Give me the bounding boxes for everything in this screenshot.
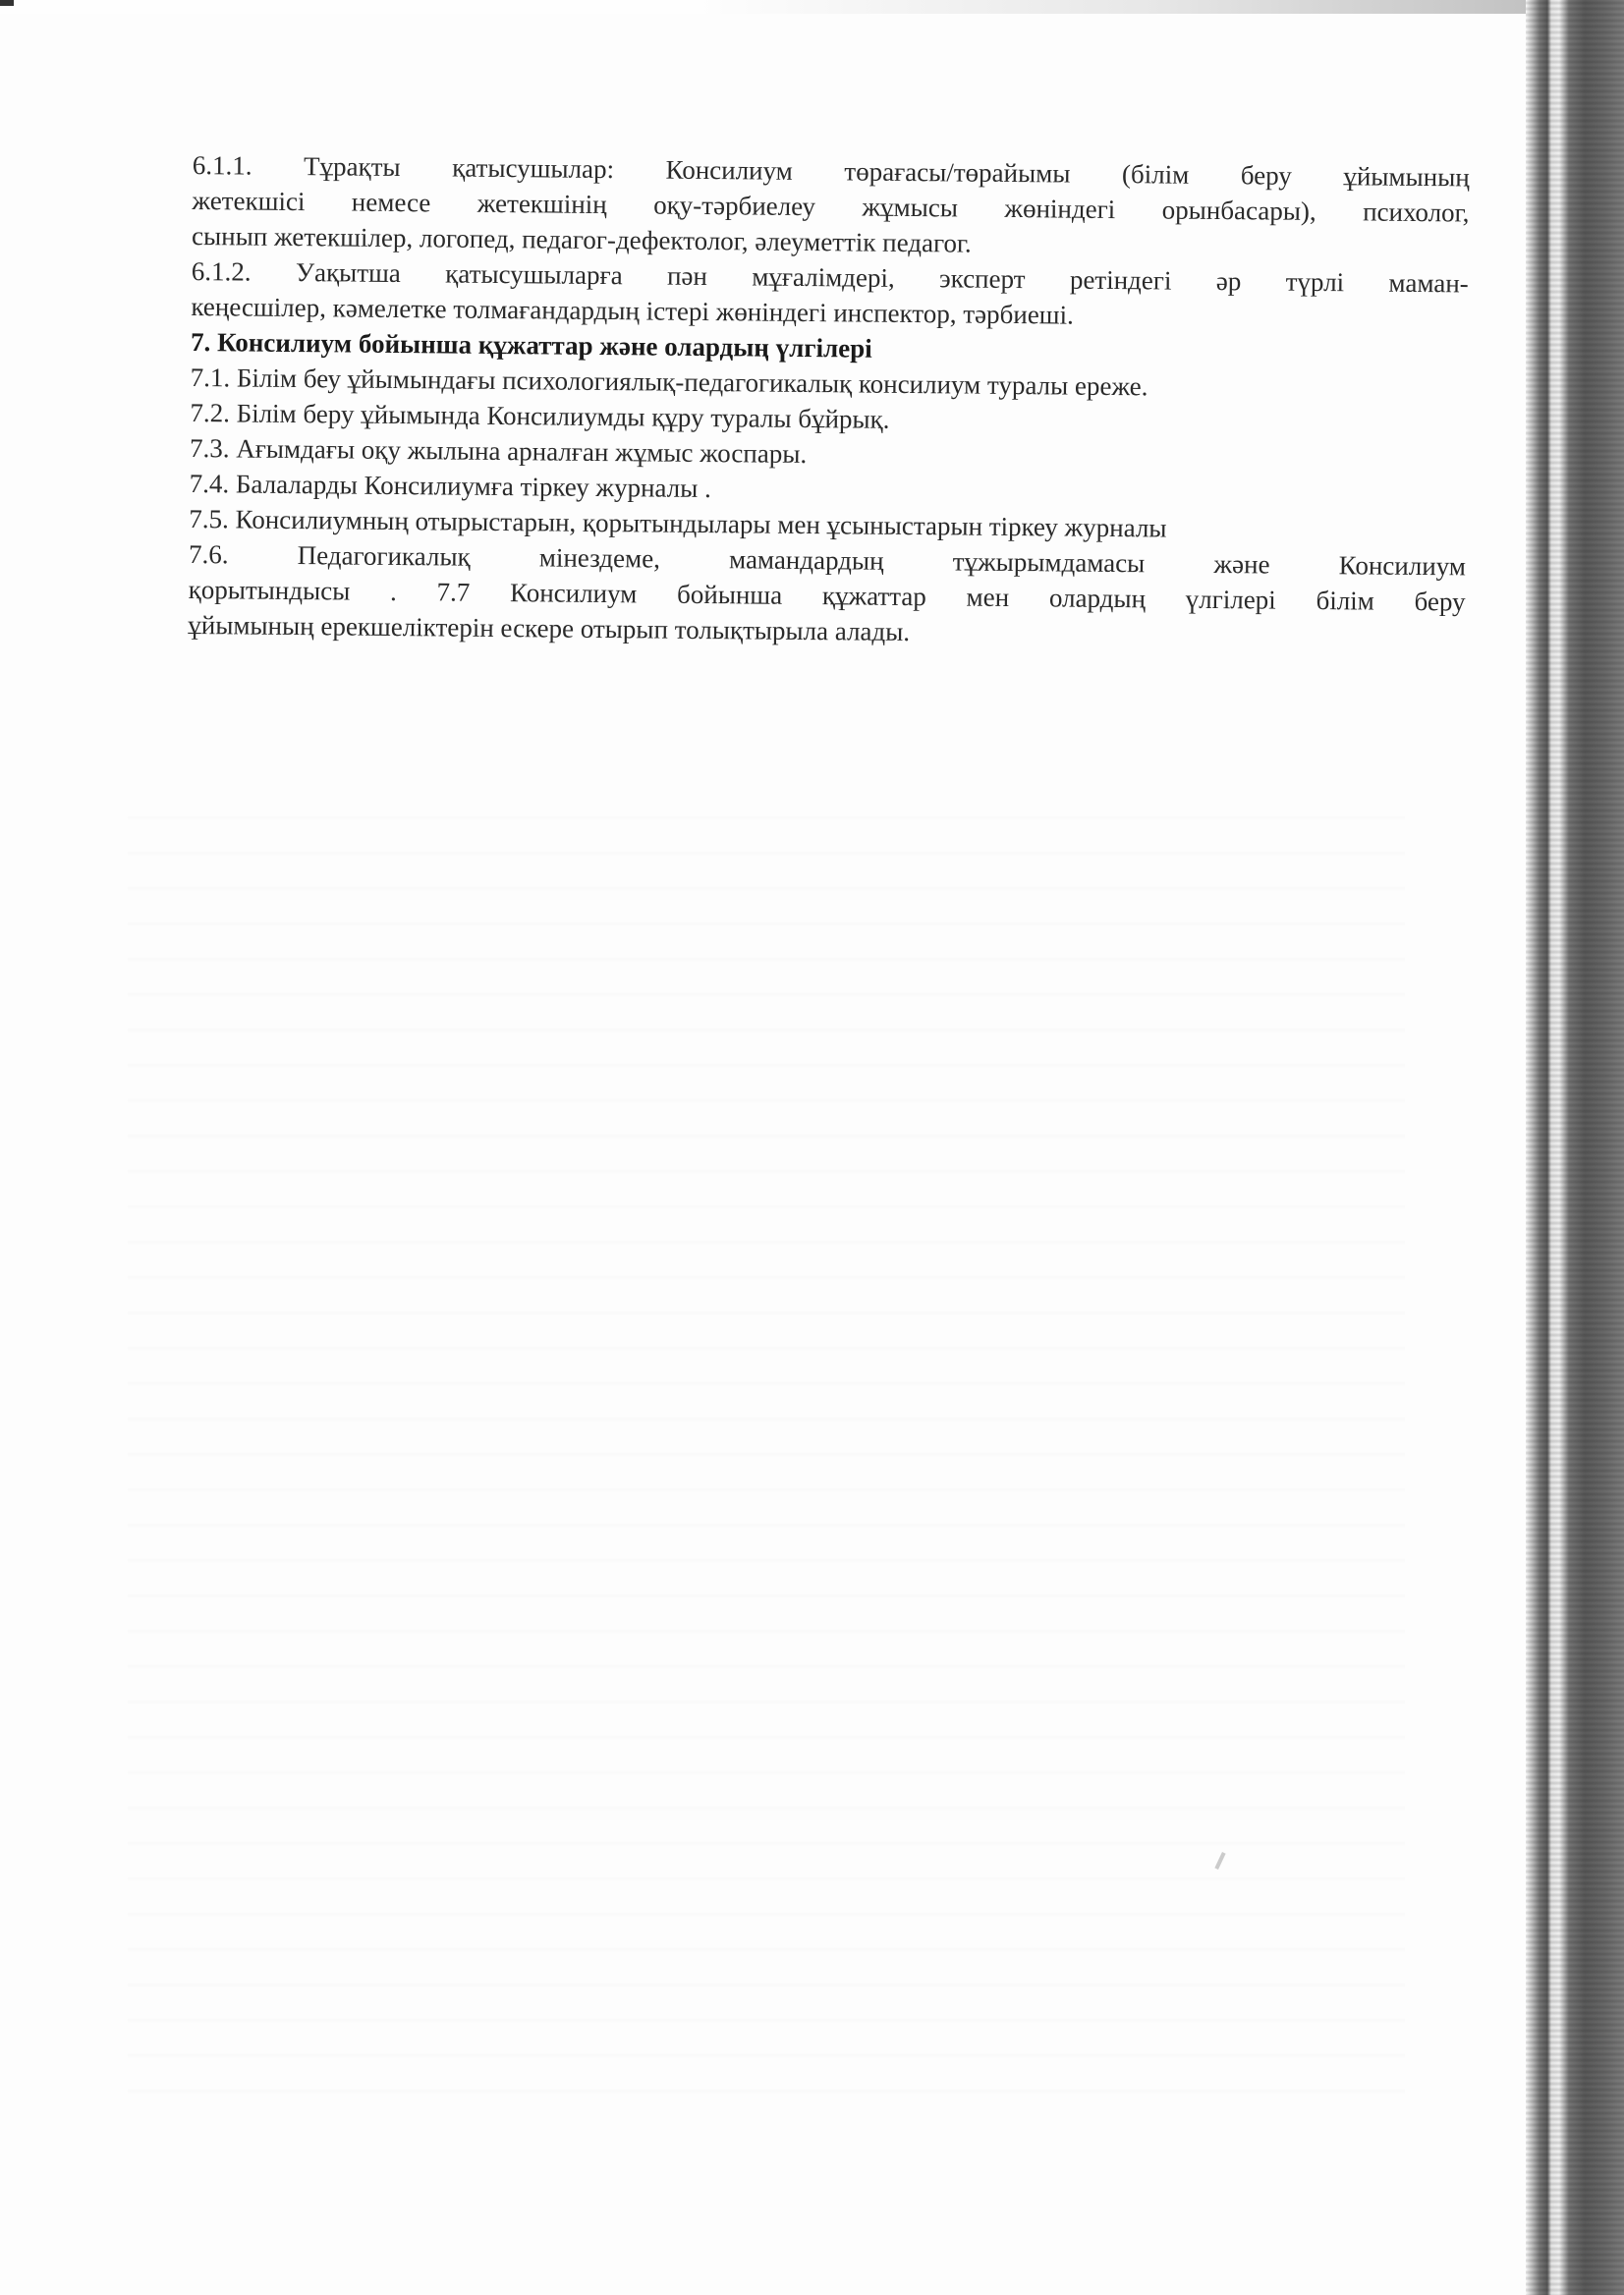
- bleed-through-texture: [128, 786, 1405, 2112]
- scan-top-shadow: [0, 0, 1533, 14]
- scan-speck: [1214, 1852, 1225, 1870]
- scanned-page: 6.1.1. Тұрақты қатысушылар: Консилиум тө…: [0, 0, 1533, 2295]
- scan-corner-mark: [0, 0, 14, 6]
- scanner-binding-edge: [1526, 0, 1624, 2295]
- document-body: 6.1.1. Тұрақты қатысушылар: Консилиум тө…: [188, 147, 1470, 654]
